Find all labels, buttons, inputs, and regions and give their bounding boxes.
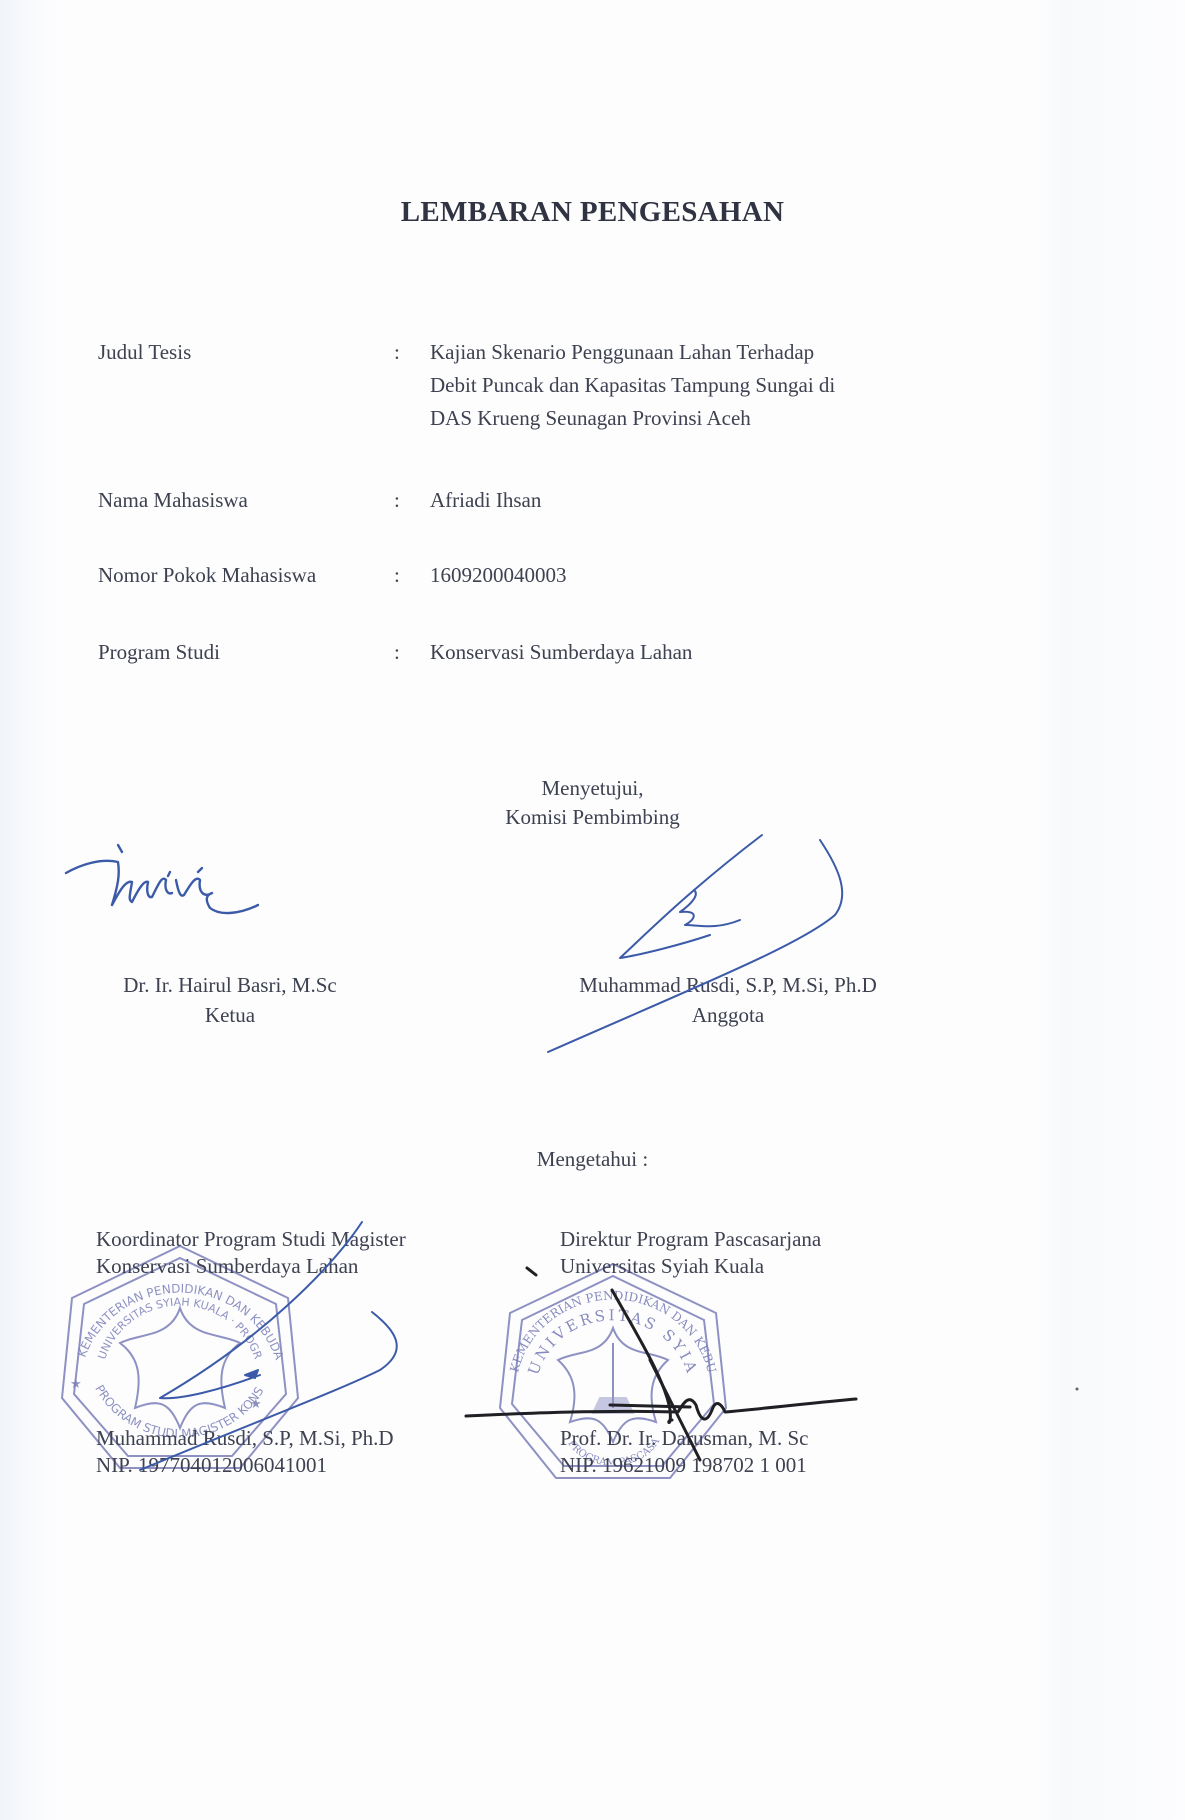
signatory-name: Dr. Ir. Hairul Basri, M.Sc (80, 970, 380, 1000)
signatory-title: Universitas Syiah Kuala (560, 1253, 821, 1280)
thesis-title-line: Debit Puncak dan Kapasitas Tampung Sunga… (430, 369, 910, 402)
signatory-title: Koordinator Program Studi Magister (96, 1226, 406, 1253)
field-separator: : (394, 488, 400, 513)
signatory-direktur-name-block: Prof. Dr. Ir. Darusman, M. Sc NIP. 19621… (560, 1425, 808, 1479)
field-value-nama-mahasiswa: Afriadi Ihsan (430, 484, 541, 517)
signatory-name: Muhammad Rusdi, S.P, M.Si, Ph.D (548, 970, 908, 1000)
signatory-ketua: Dr. Ir. Hairul Basri, M.Sc Ketua (80, 970, 380, 1030)
signatory-role: Ketua (80, 1000, 380, 1030)
signatory-nip: NIP. 19621009 198702 1 001 (560, 1452, 808, 1479)
field-label-judul-tesis: Judul Tesis (98, 340, 191, 365)
signatory-direktur: Direktur Program Pascasarjana Universita… (560, 1226, 821, 1280)
thesis-title-line: DAS Krueng Seunagan Provinsi Aceh (430, 402, 910, 435)
field-separator: : (394, 640, 400, 665)
thesis-title-line: Kajian Skenario Penggunaan Lahan Terhada… (430, 336, 910, 369)
field-label-npm: Nomor Pokok Mahasiswa (98, 563, 316, 588)
signatory-title: Direktur Program Pascasarjana (560, 1226, 821, 1253)
signatory-anggota: Muhammad Rusdi, S.P, M.Si, Ph.D Anggota (548, 970, 908, 1030)
approval-heading: Menyetujui, Komisi Pembimbing (0, 774, 1185, 832)
signatory-nip: NIP. 197704012006041001 (96, 1452, 394, 1479)
field-separator: : (394, 563, 400, 588)
svg-text:★: ★ (70, 1377, 82, 1392)
field-separator: : (394, 340, 400, 365)
signatures-overlay (0, 0, 1185, 1820)
field-value-npm: 1609200040003 (430, 559, 567, 592)
scan-speck (1076, 1388, 1079, 1391)
approval-heading-line1: Menyetujui, (0, 774, 1185, 803)
document-page: LEMBARAN PENGESAHAN Judul Tesis : Kajian… (0, 0, 1185, 1820)
field-label-nama-mahasiswa: Nama Mahasiswa (98, 488, 248, 513)
signatory-name: Prof. Dr. Ir. Darusman, M. Sc (560, 1425, 808, 1452)
signatory-role: Anggota (548, 1000, 908, 1030)
page-title: LEMBARAN PENGESAHAN (0, 196, 1185, 229)
signatory-name: Muhammad Rusdi, S.P, M.Si, Ph.D (96, 1425, 394, 1452)
signature-ketua (66, 845, 258, 913)
signatory-koordinator-name-block: Muhammad Rusdi, S.P, M.Si, Ph.D NIP. 197… (96, 1425, 394, 1479)
field-value-program-studi: Konservasi Sumberdaya Lahan (430, 636, 692, 669)
signatory-title: Konservasi Sumberdaya Lahan (96, 1253, 406, 1280)
signatory-koordinator: Koordinator Program Studi Magister Konse… (96, 1226, 406, 1280)
field-value-judul-tesis: Kajian Skenario Penggunaan Lahan Terhada… (430, 336, 910, 435)
acknowledgement-heading: Mengetahui : (0, 1145, 1185, 1174)
field-label-program-studi: Program Studi (98, 640, 220, 665)
approval-heading-line2: Komisi Pembimbing (0, 803, 1185, 832)
